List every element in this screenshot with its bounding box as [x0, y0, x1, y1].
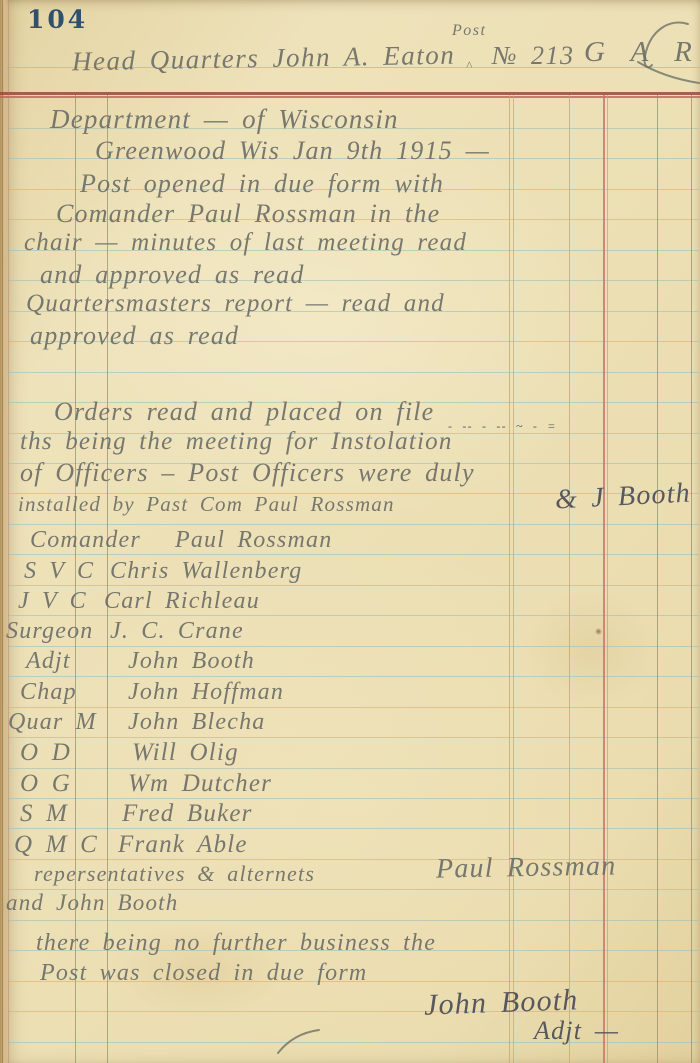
officer-name: Paul Rossman [175, 527, 332, 554]
ledger-page: 104 Head Quarters John A. Eaton Post ^ №… [0, 0, 700, 1063]
officer-name: Carl Richleau [104, 588, 260, 615]
manuscript-line: Comander Paul Rossman in the [56, 199, 440, 229]
manuscript-line: & J Booth [554, 477, 691, 516]
manuscript-line: Quartersmasters report — read and [26, 290, 445, 318]
binding-crease [2, 0, 3, 1063]
officer-line: Q M CFrank Able [14, 831, 98, 859]
column-rule [657, 95, 658, 1063]
manuscript-line: installed by Past Com Paul Rossman [18, 492, 395, 517]
manuscript-line: approved as read [30, 321, 239, 351]
officer-line: J V CCarl Richleau [18, 588, 87, 615]
officer-rank: Comander [30, 527, 141, 554]
officer-line: ChapJohn Hoffman [20, 679, 77, 706]
manuscript-line: and approved as read [40, 260, 305, 290]
manuscript-line: of Officers – Post Officers were duly [20, 458, 475, 488]
officer-line: S V CChris Wallenberg [24, 558, 94, 585]
column-rule [607, 95, 608, 1063]
insertion-caret: ^ [466, 58, 473, 74]
ruled-line [8, 920, 699, 921]
ruled-line [8, 737, 699, 738]
officer-line: O DWill Olig [20, 739, 71, 767]
officer-rank: Chap [20, 679, 77, 706]
officer-line: O GWm Dutcher [20, 770, 71, 798]
header-double-red-rule [0, 96, 700, 98]
manuscript-line: Greenwood Wis Jan 9th 1915 — [95, 136, 490, 166]
pencil-stray-stroke-icon [276, 1026, 321, 1056]
header-double-red-rule [0, 92, 700, 95]
manuscript-line: there being no further business the [36, 930, 436, 957]
officer-name: Chris Wallenberg [110, 558, 302, 585]
manuscript-line: chair — minutes of last meeting read [24, 229, 467, 257]
officer-line: AdjtJohn Booth [26, 648, 71, 675]
ruled-line [8, 676, 699, 677]
ruled-line [8, 554, 699, 555]
ruled-line [8, 372, 699, 373]
manuscript-line: Post was closed in due form [40, 960, 367, 987]
officer-name: Fred Buker [122, 800, 253, 828]
manuscript-line: and John Booth [6, 890, 178, 916]
officer-rank: O G [20, 770, 71, 798]
officer-line: S MFred Buker [20, 800, 68, 828]
column-rule [569, 95, 570, 1063]
officer-rank: Adjt [26, 648, 71, 675]
header-post-number: № 213 [492, 41, 575, 71]
officer-name: Wm Dutcher [128, 770, 272, 798]
officer-rank: J V C [18, 588, 87, 615]
ruled-line [8, 828, 699, 829]
header-insertion-post: Post [452, 22, 486, 40]
officer-rank: Q M C [14, 831, 98, 859]
officer-line: SurgeonJ. C. Crane [6, 618, 94, 645]
ruled-line [8, 1011, 699, 1012]
column-rule [691, 95, 692, 1063]
ruled-line [8, 768, 699, 769]
page-number: 104 [27, 5, 88, 34]
manuscript-line: ths being the meeting for Instolation [20, 428, 453, 456]
manuscript-line: - -- - -- ~ - = [448, 419, 557, 434]
officer-rank: O D [20, 739, 71, 767]
officer-name: John Booth [128, 648, 255, 675]
manuscript-line: Adjt — [534, 1016, 619, 1046]
ruled-line [8, 646, 699, 647]
officer-name: J. C. Crane [110, 618, 244, 645]
column-rule [603, 95, 605, 1063]
officer-rank: Quar M [8, 709, 97, 736]
officer-name: John Blecha [128, 709, 266, 736]
manuscript-line: Post opened in due form with [80, 169, 444, 199]
manuscript-line: Orders read and placed on file [54, 397, 434, 427]
ruled-line [8, 615, 699, 616]
pencil-tail-underline-icon [600, 56, 700, 91]
column-rule [509, 95, 510, 1063]
officer-name: Frank Able [118, 831, 248, 859]
ruled-line [8, 524, 699, 525]
officer-line: ComanderPaul Rossman [30, 527, 141, 554]
column-rule [513, 95, 514, 1063]
ruled-line [8, 707, 699, 708]
manuscript-line: repersentatives & alternets [34, 861, 315, 887]
paper-stain [520, 590, 660, 710]
header-main-text: Head Quarters John A. Eaton [72, 40, 456, 78]
officer-rank: S V C [24, 558, 94, 585]
manuscript-line: Paul Rossman [436, 850, 617, 885]
officer-name: John Hoffman [128, 679, 284, 706]
officer-name: Will Olig [132, 739, 239, 767]
officer-rank: Surgeon [6, 618, 94, 645]
officer-rank: S M [20, 800, 68, 828]
officer-line: Quar MJohn Blecha [8, 709, 97, 736]
manuscript-line: Department — of Wisconsin [50, 104, 399, 135]
ruled-line [8, 798, 699, 799]
